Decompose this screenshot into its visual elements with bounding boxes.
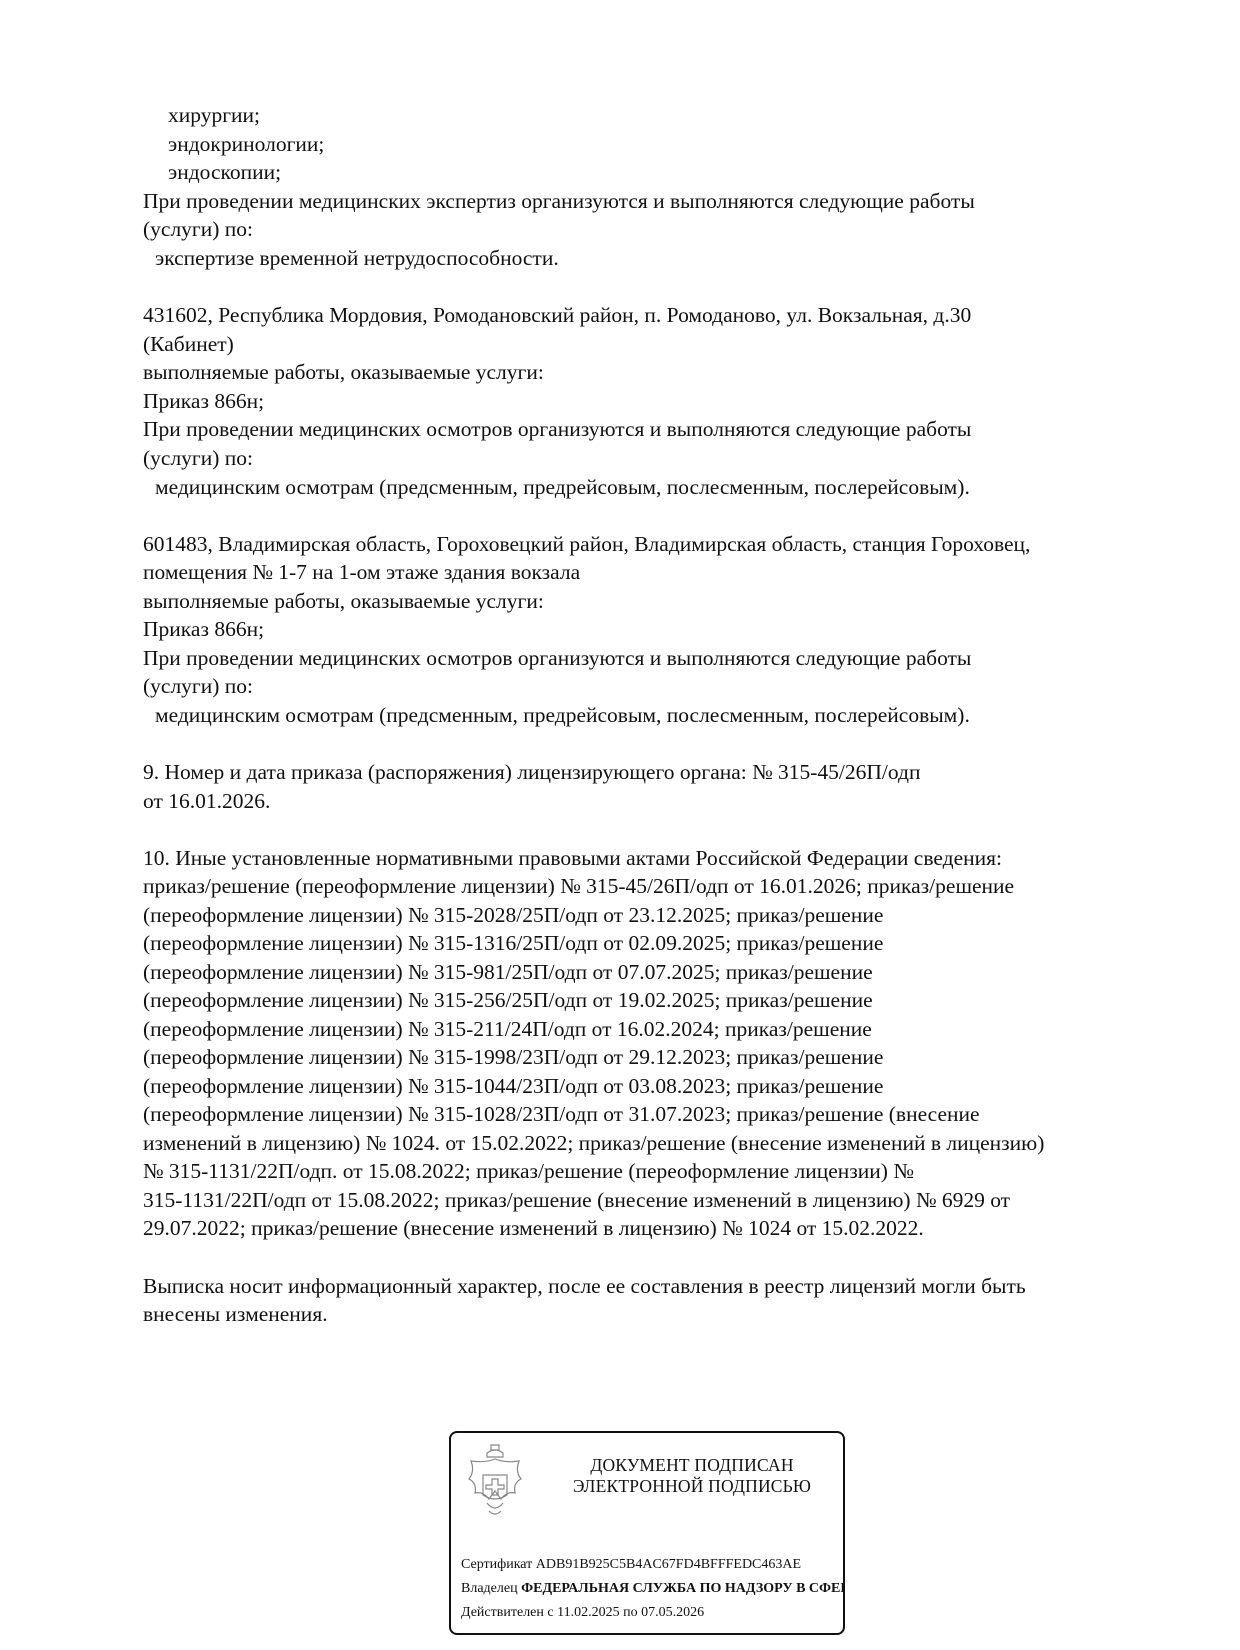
russian-coat-of-arms-icon xyxy=(461,1441,529,1519)
doc-line: 29.07.2022; приказ/решение (внесение изм… xyxy=(143,1214,924,1242)
doc-line: № 315-1131/22П/одп. от 15.08.2022; прика… xyxy=(143,1157,914,1185)
stamp-title: ДОКУМЕНТ ПОДПИСАН ЭЛЕКТРОННОЙ ПОДПИСЬЮ xyxy=(541,1455,843,1497)
doc-line: приказ/решение (переоформление лицензии)… xyxy=(143,872,1014,900)
doc-line: (переоформление лицензии) № 315-1028/23П… xyxy=(143,1100,980,1128)
document-page: хирургии; эндокринологии; эндоскопии; Пр… xyxy=(0,0,1240,1650)
doc-line: 315-1131/22П/одп от 15.08.2022; приказ/р… xyxy=(143,1186,1010,1214)
validity-row: Действителен с 11.02.2025 по 07.05.2026 xyxy=(461,1604,704,1622)
doc-line: (переоформление лицензии) № 315-256/25П/… xyxy=(143,986,873,1014)
address-gorokhovets: 601483, Владимирская область, Гороховецк… xyxy=(143,530,1030,558)
doc-line: экспертизе временной нетрудоспособности. xyxy=(155,244,559,272)
doc-line: (переоформление лицензии) № 315-1316/25П… xyxy=(143,929,883,957)
doc-line: При проведении медицинских экспертиз орг… xyxy=(143,187,975,215)
owner-row: Владелец ФЕДЕРАЛЬНАЯ СЛУЖБА ПО НАДЗОРУ В… xyxy=(461,1580,845,1598)
doc-line: выполняемые работы, оказываемые услуги: xyxy=(143,358,544,386)
doc-line: эндокринологии; xyxy=(168,130,324,158)
section-10-heading: 10. Иные установленные нормативными прав… xyxy=(143,844,1002,872)
doc-line: помещения № 1-7 на 1-ом этаже здания вок… xyxy=(143,558,580,586)
disclaimer: Выписка носит информационный характер, п… xyxy=(143,1272,1026,1300)
doc-line: (переоформление лицензии) № 315-1998/23П… xyxy=(143,1043,883,1071)
doc-line: При проведении медицинских осмотров орга… xyxy=(143,644,971,672)
address-ruzaevka: 431602, Республика Мордовия, Ромодановск… xyxy=(143,301,971,329)
doc-line: Приказ 866н; xyxy=(143,615,264,643)
doc-line: медицинским осмотрам (предсменным, предр… xyxy=(155,701,970,729)
section-9-heading: 9. Номер и дата приказа (распоряжения) л… xyxy=(143,758,920,786)
doc-line: (переоформление лицензии) № 315-2028/25П… xyxy=(143,901,883,929)
doc-line: изменений в лицензию) № 1024. от 15.02.2… xyxy=(143,1129,1044,1157)
doc-line: медицинским осмотрам (предсменным, предр… xyxy=(155,473,970,501)
doc-line: выполняемые работы, оказываемые услуги: xyxy=(143,587,544,615)
doc-line: (переоформление лицензии) № 315-211/24П/… xyxy=(143,1015,872,1043)
doc-line: хирургии; xyxy=(168,101,260,129)
certificate-row: Сертификат ADB91B925C5B4AC67FD4BFFFEDC46… xyxy=(461,1556,801,1574)
doc-line: Приказ 866н; xyxy=(143,387,264,415)
doc-line: эндоскопии; xyxy=(168,158,281,186)
doc-line: При проведении медицинских осмотров орга… xyxy=(143,415,971,443)
doc-line: (услуги) по: xyxy=(143,215,253,243)
owner-value: ФЕДЕРАЛЬНАЯ СЛУЖБА ПО НАДЗОРУ В СФЕРЕ ЗД… xyxy=(521,1581,845,1596)
electronic-signature-stamp: ДОКУМЕНТ ПОДПИСАН ЭЛЕКТРОННОЙ ПОДПИСЬЮ С… xyxy=(449,1431,845,1635)
doc-line: (услуги) по: xyxy=(143,672,253,700)
doc-line: (услуги) по: xyxy=(143,444,253,472)
doc-line: (Кабинет) xyxy=(143,330,234,358)
doc-line: (переоформление лицензии) № 315-1044/23П… xyxy=(143,1072,883,1100)
disclaimer: внесены изменения. xyxy=(143,1300,328,1328)
doc-line: (переоформление лицензии) № 315-981/25П/… xyxy=(143,958,873,986)
certificate-value: ADB91B925C5B4AC67FD4BFFFEDC463AE xyxy=(536,1557,801,1572)
doc-line: от 16.01.2026. xyxy=(143,787,270,815)
